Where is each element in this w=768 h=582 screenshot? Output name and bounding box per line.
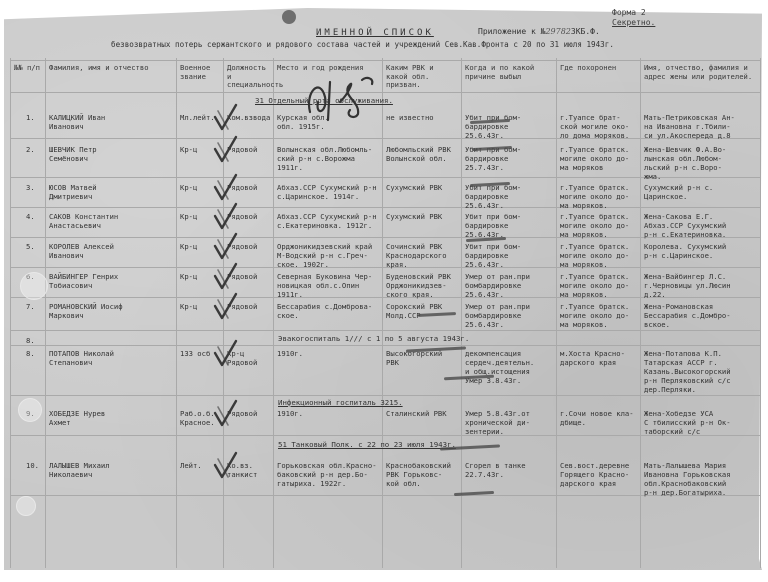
checkmark-icon (212, 173, 238, 203)
cell-rvk: Высокогорский РВК (386, 349, 461, 367)
cell-reason: Умер 5.8.43г.от хронической ди- зентерии… (465, 409, 556, 436)
row-divider (10, 395, 760, 396)
column-header: Когда и по какой причине выбыл (465, 64, 554, 81)
cell-buried: г.Туапсе братск. могиле около до- ма мор… (560, 302, 640, 329)
cell-birth: Горьковская обл.Красно- баковский р-н де… (277, 461, 382, 488)
checkmark-icon (212, 103, 238, 133)
cell-buried: Сев.вост.деревне Горящего Красно- дарско… (560, 461, 640, 488)
cell-birth: 1910г. (277, 349, 382, 358)
cell-birth: Абхаз.ССР Сухумский р-н с.Царинское. 191… (277, 183, 382, 201)
column-header: Где похоронен (560, 64, 638, 73)
cell-buried: г.Туапсе братск. могиле около до- ма мор… (560, 212, 640, 239)
cell-buried: г.Туапсе братск. могиле около до- ма мор… (560, 145, 640, 172)
column-divider (556, 58, 557, 568)
appendix-reference: Приложение к №29782ЗКБ.Ф. (478, 27, 600, 36)
cell-name: ВАЙБИНГЕР Генрих Тобиасович (49, 272, 176, 290)
cell-num: 8. (26, 336, 57, 345)
cell-relatives: Королева. Сухумский р-н с.Царинское. (644, 242, 760, 260)
classification-stamp: Секретно. (612, 18, 655, 27)
cell-rvk: Сталинский РВК (386, 409, 461, 418)
cell-name: КОРОЛЕВ Алексей Иванович (49, 242, 176, 260)
column-divider (382, 58, 383, 568)
appendix-suffix: ЗКБ.Ф. (571, 27, 600, 36)
checkmark-icon (212, 292, 238, 322)
column-divider (760, 58, 761, 568)
column-divider (10, 58, 11, 568)
column-divider (461, 58, 462, 568)
checkmark-icon (212, 202, 238, 232)
row-divider (10, 92, 760, 93)
column-header: Военное звание (180, 64, 221, 81)
cell-reason: Убит при бом- бардировке 25.6.43г. (465, 242, 556, 269)
cell-name: РОМАНОВСКИЙ Иосиф Маркович (49, 302, 176, 320)
cell-name: ШЕВЧИК Петр Семёнович (49, 145, 176, 163)
section-heading: Эвакогоспиталь 1/// с 1 по 5 августа 194… (278, 334, 469, 343)
column-divider (45, 58, 46, 568)
cell-birth: Волынская обл.Любомль- ский р-н с.Ворожм… (277, 145, 382, 172)
cell-buried: г.Туапсе братск. могиле около до- ма мор… (560, 242, 640, 269)
cell-name: КАЛИЦКИЙ Иван Иванович (49, 113, 176, 131)
cell-relatives: Сухумский р-н с. Царинское. (644, 183, 760, 201)
section-heading: Инфекционный госпиталь 3215. (278, 398, 403, 407)
cell-rvk: Любомльский РВК Волынской обл. (386, 145, 461, 163)
cell-relatives: Жена-Сакова Е.Г. Абхаз.ССР Сухумский р-н… (644, 212, 760, 239)
appendix-label: Приложение к № (478, 27, 545, 36)
cell-birth: Орджоникидзевский край М-Водский р-н с.Г… (277, 242, 382, 269)
checkmark-icon (212, 451, 238, 481)
cell-relatives: Жена-Вайбингер Л.С. г.Черновицы ул.Люсин… (644, 272, 760, 299)
cell-reason: Убит при бом- бардировке 25.6.43г. (465, 113, 556, 140)
cell-rvk: Сухумский РВК (386, 183, 461, 192)
cell-relatives: Мать-Петриковская Ан- на Ивановна г.Тбил… (644, 113, 760, 140)
cell-reason: Умер от ран.при бомбардировке 25.6.43г. (465, 272, 556, 299)
checkmark-icon (212, 262, 238, 292)
cell-name: ЛАЛЫШЕВ Михаил Николаевич (49, 461, 176, 479)
column-divider (273, 58, 274, 568)
punch-hole (282, 10, 296, 24)
cell-relatives: Жена-Потапова К.П. Татарская АССР г. Каз… (644, 349, 760, 394)
cell-rvk: Краснобаковский РВК Горьковс- кой обл. (386, 461, 461, 488)
column-header: №№ п/п (14, 64, 43, 73)
checkmark-icon (212, 232, 238, 262)
cell-reason: Убит при бом- бардировке 25.6.43г. (465, 212, 556, 239)
ink-smudge (16, 496, 36, 516)
row-divider (10, 207, 760, 208)
cell-rvk: Сочинский РВК Краснодарского края. (386, 242, 461, 269)
cell-buried: г.Туапсе братск. могиле около до- ма мор… (560, 183, 640, 210)
cell-reason: Умер от ран.при бомбардировке 25.6.43г. (465, 302, 556, 329)
cell-rvk: не известно (386, 113, 461, 122)
section-heading: 51 Танковый Полк. с 22 по 23 июля 1943г. (278, 440, 456, 449)
cell-birth: 1910г. (277, 409, 382, 418)
cell-birth: Северная Буковина Чер- новицкая обл.с.Оп… (277, 272, 382, 299)
checkmark-icon (212, 339, 238, 369)
cell-birth: Абхаз.ССР Сухумский р-н с.Екатериновка. … (277, 212, 382, 230)
cell-name: ЮСОВ Матвей Дмитриевич (49, 183, 176, 201)
cell-buried: г.Туапсе братск. могиле около до- ма мор… (560, 272, 640, 299)
row-divider (10, 60, 760, 61)
cell-reason: Сгорел в танке 22.7.43г. (465, 461, 556, 479)
cell-relatives: Жена-Шевчик Ф.А.Во- лынская обл.Любом- л… (644, 145, 760, 181)
ink-smudge (20, 272, 48, 300)
document-subtitle: безвозвратных потерь сержантского и рядо… (111, 40, 614, 49)
cell-birth: Бессарабия с.Домброва- ское. (277, 302, 382, 320)
cell-rvk: Сорокский РВК Молд.ССР (386, 302, 461, 320)
checkmark-icon (212, 399, 238, 429)
cell-name: САКОВ Константин Анастасьевич (49, 212, 176, 230)
cell-rvk: Буденовский РВК Орджоникидзев- ского кра… (386, 272, 461, 299)
ink-smudge (18, 398, 42, 422)
checkmark-icon (212, 135, 238, 165)
form-number: Форма 2 (612, 8, 646, 17)
column-divider (640, 58, 641, 568)
cell-buried: г.Туапсе брат- ской могиле око- ло дома … (560, 113, 640, 140)
row-divider (10, 345, 760, 346)
cell-buried: г.Сочи новое кла- дбище. (560, 409, 640, 427)
column-header: Фамилия, имя и отчество (49, 64, 174, 73)
cell-name: ПОТАПОВ Николай Степанович (49, 349, 176, 367)
cell-reason: декомпенсация сердеч.деятельн. и общ.ист… (465, 349, 556, 385)
row-divider (10, 267, 760, 268)
column-header: Имя, отчество, фамилия и адрес жены или … (644, 64, 758, 81)
document-title: ИМЕННОЙ СПИСОК (316, 28, 434, 38)
appendix-number: 29782 (545, 27, 570, 36)
cell-buried: м.Хоста Красно- дарского края (560, 349, 640, 367)
column-header: Должность и специальность (227, 64, 271, 90)
column-divider (176, 58, 177, 568)
cell-rvk: Сухумский РВК (386, 212, 461, 221)
cell-relatives: Жена-Хобедзе УСА С тбилисский р-н Ок- та… (644, 409, 760, 436)
row-divider (10, 330, 760, 331)
column-header: Каким РВК и какой обл. призван. (386, 64, 459, 90)
cell-relatives: Мать-Лалышева Мария Ивановна Горьковская… (644, 461, 760, 497)
cell-name: ХОБЕДЗЕ Нурев Ахмет (49, 409, 176, 427)
cell-relatives: Жена-Романовская Бессарабия с.Домбро- вс… (644, 302, 760, 329)
handwritten-signature (300, 72, 380, 122)
cell-reason: Убит при бом- бардировке 25.6.43г. (465, 183, 556, 210)
